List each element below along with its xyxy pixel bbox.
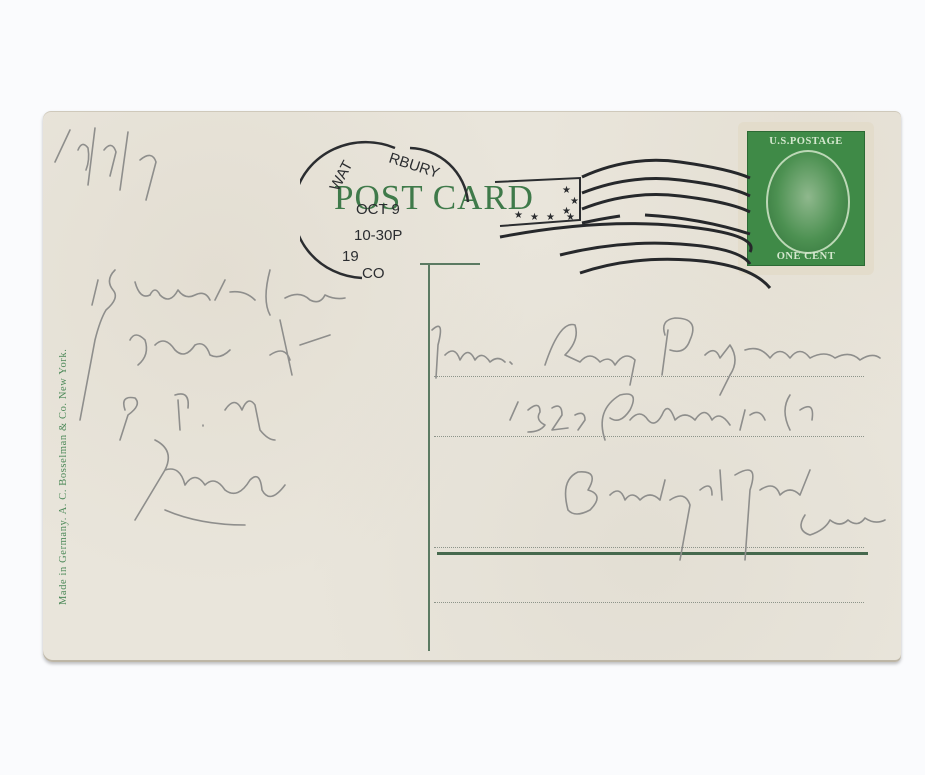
- svg-text:★: ★: [566, 212, 575, 223]
- postmark-year: 19: [342, 248, 359, 265]
- address-line-solid: [437, 552, 868, 555]
- postmark-state: CO: [362, 265, 385, 282]
- address-line-2: [434, 436, 864, 437]
- center-divider: [428, 263, 430, 651]
- svg-text:★: ★: [546, 212, 555, 223]
- postmark-time: 10-30P: [354, 227, 402, 244]
- svg-text:★: ★: [514, 210, 523, 221]
- address-line-4: [434, 602, 864, 603]
- cancel-flag: ★★★ ★★★ ★: [495, 178, 580, 226]
- publisher-imprint: Made in Germany. A. C. Bosselman & Co. N…: [58, 349, 69, 605]
- postmark-city-left: WAT: [327, 158, 357, 194]
- address-line-3: [434, 547, 864, 548]
- svg-text:★: ★: [570, 196, 579, 207]
- svg-text:★: ★: [562, 185, 571, 196]
- postmark-date: OCT 9: [356, 201, 400, 218]
- svg-text:★: ★: [530, 212, 539, 223]
- postmark: WAT RBURY OCT 9 10-30P 19 CO ★★★ ★★★ ★: [300, 140, 780, 290]
- address-line-1: [434, 376, 864, 377]
